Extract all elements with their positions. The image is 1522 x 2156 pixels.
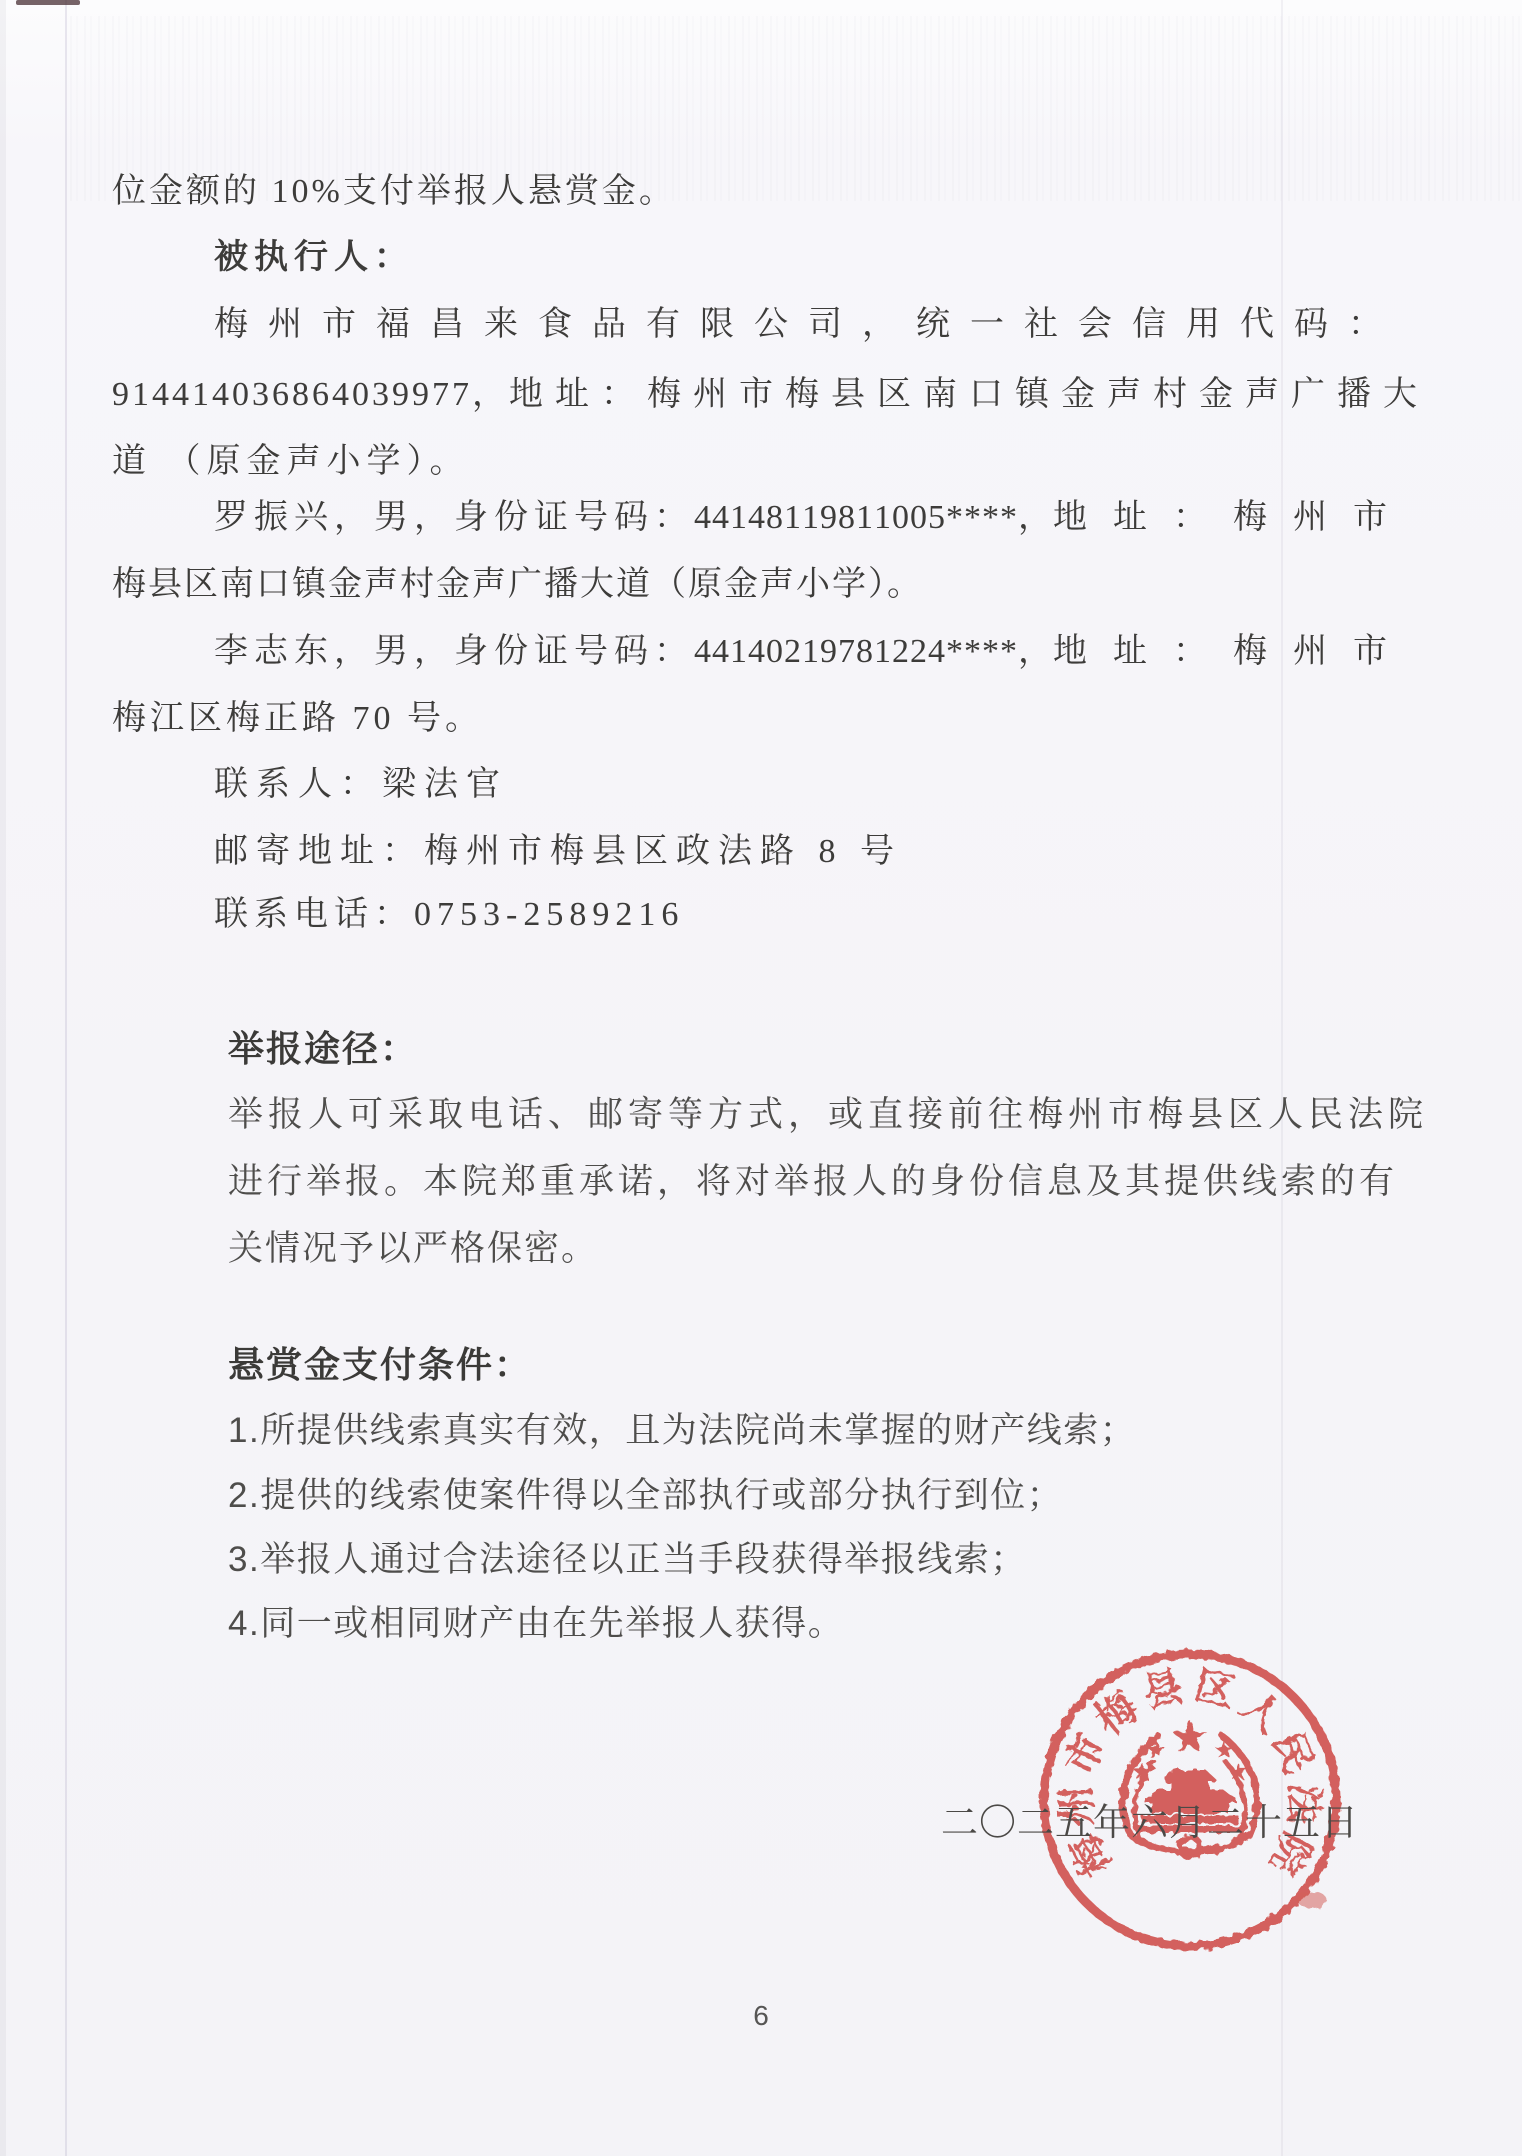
report-channel-line3: 关情况予以严格保密。 <box>228 1226 598 1272</box>
page-number: 6 <box>0 2000 1522 2032</box>
debtor-li-line1: 李志东，男，身份证号码：44140219781224****，地址：梅州市 <box>214 630 1413 674</box>
li-id-number: 44140219781224****， <box>694 633 1053 670</box>
report-channel-heading: 举报途径： <box>228 1026 418 1072</box>
debtor-heading: 被执行人： <box>214 236 414 280</box>
luo-id-number: 44148119811005****， <box>694 499 1053 536</box>
reward-condition-item-4: 4.同一或相同财产由在先举报人获得。 <box>228 1601 844 1647</box>
company-credit-code: 914414036864039977， <box>112 376 509 413</box>
contact-person-line: 联系人：梁法官 <box>214 763 508 807</box>
debtor-li-line2: 梅江区梅正路 70 号。 <box>112 697 483 741</box>
debtor-company-line1: 梅州市福昌来食品有限公司，统一社会信用代码： <box>214 303 1402 347</box>
debtor-luo-line1: 罗振兴，男，身份证号码：44148119811005****，地址：梅州市 <box>214 496 1413 540</box>
reward-condition-item-3: 3.举报人通过合法途径以正当手段获得举报线索； <box>228 1537 1027 1583</box>
contact-phone-line: 联系电话：0753-2589216 <box>214 893 684 937</box>
company-address-part: 地址：梅州市梅县区南口镇金声村金声广播大 <box>509 376 1429 413</box>
luo-name-id-label: 罗振兴，男，身份证号码： <box>214 499 694 536</box>
debtor-company-line2: 914414036864039977，地址：梅州市梅县区南口镇金声村金声广播大 <box>112 373 1429 417</box>
issue-date: 二〇二五年六月二十五日 <box>941 1792 1359 1846</box>
scanned-court-document-page: 位金额的 10%支付举报人悬赏金。 被执行人： 梅州市福昌来食品有限公司，统一社… <box>0 0 1522 2156</box>
reward-condition-item-2: 2.提供的线索使案件得以全部执行或部分执行到位； <box>228 1473 1063 1519</box>
debtor-luo-line2: 梅县区南口镇金声村金声广播大道（原金声小学）。 <box>112 563 923 607</box>
report-channel-line1: 举报人可采取电话、邮寄等方式，或直接前往梅州市梅县区人民法院 <box>228 1092 1428 1138</box>
li-address-start: 地址：梅州市 <box>1053 633 1413 670</box>
debtor-company-line3: 道 （原金声小学）。 <box>112 440 470 484</box>
scan-left-edge-shade <box>0 0 6 2156</box>
scan-fold-line-left <box>65 0 67 2156</box>
scan-artifact-corner <box>16 0 80 5</box>
luo-address-start: 地址：梅州市 <box>1053 499 1413 536</box>
body-line-continuation: 位金额的 10%支付举报人悬赏金。 <box>112 170 676 214</box>
contact-mail-line: 邮寄地址：梅州市梅县区政法路 8 号 <box>214 830 902 874</box>
seal-ink-smudge <box>1297 1892 1327 1908</box>
report-channel-line2: 进行举报。本院郑重承诺，将对举报人的身份信息及其提供线索的有 <box>228 1159 1398 1205</box>
reward-condition-item-1: 1.所提供线索真实有效，且为法院尚未掌握的财产线索； <box>228 1408 1136 1454</box>
li-name-id-label: 李志东，男，身份证号码： <box>214 633 694 670</box>
reward-conditions-heading: 悬赏金支付条件： <box>228 1342 532 1388</box>
